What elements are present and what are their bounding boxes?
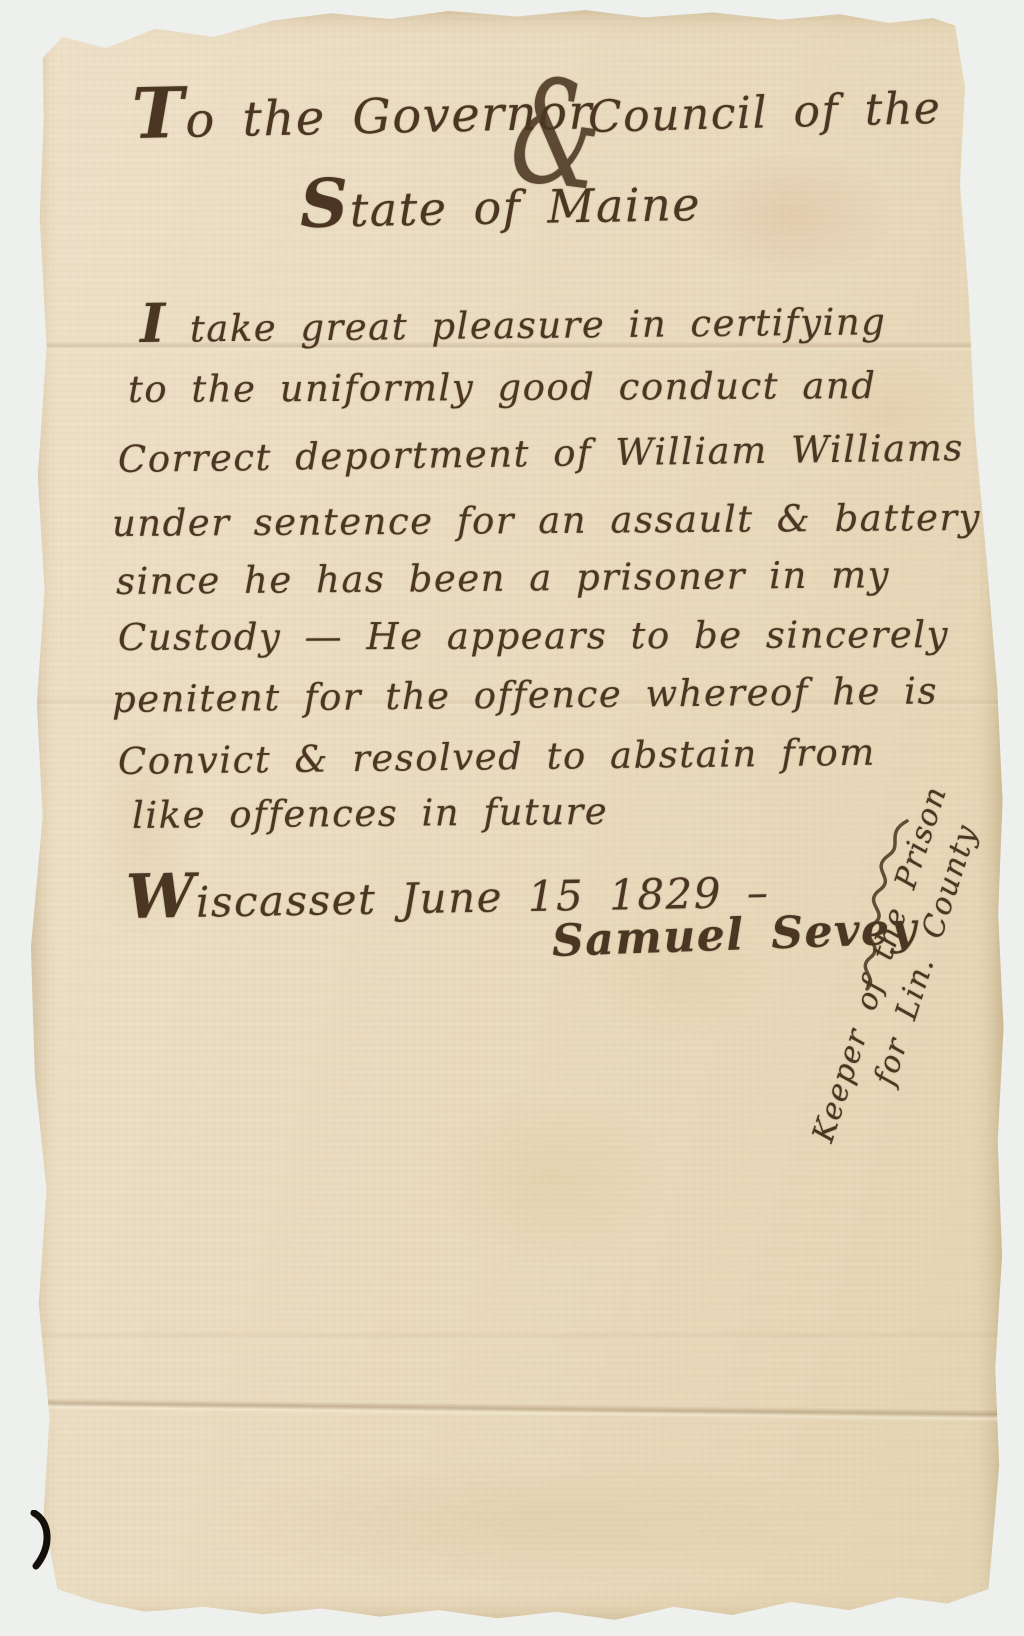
body-line: I take great pleasure in certifying (140, 284, 887, 355)
paper-stain (380, 1046, 720, 1306)
body-line: under sentence for an assault & battery (112, 496, 981, 545)
fold-crease (28, 1332, 1006, 1341)
document-scan: To the Governor & Council of the State o… (0, 0, 1024, 1636)
body-line: penitent for the offence whereof he is (112, 669, 938, 721)
paper-stain (88, 1436, 968, 1606)
body-line: since he has been a prisoner in my (116, 553, 890, 603)
body-line: like offences in future (132, 790, 609, 837)
heading-line2: State of Maine (299, 157, 701, 243)
body-line: to the uniformly good conduct and (128, 364, 877, 411)
body-line: Custody — He appears to be sincerely (118, 613, 949, 659)
heading-line1-right: Council of the (587, 83, 942, 143)
fold-crease (28, 1398, 1006, 1422)
paper-stain (780, 328, 1000, 498)
